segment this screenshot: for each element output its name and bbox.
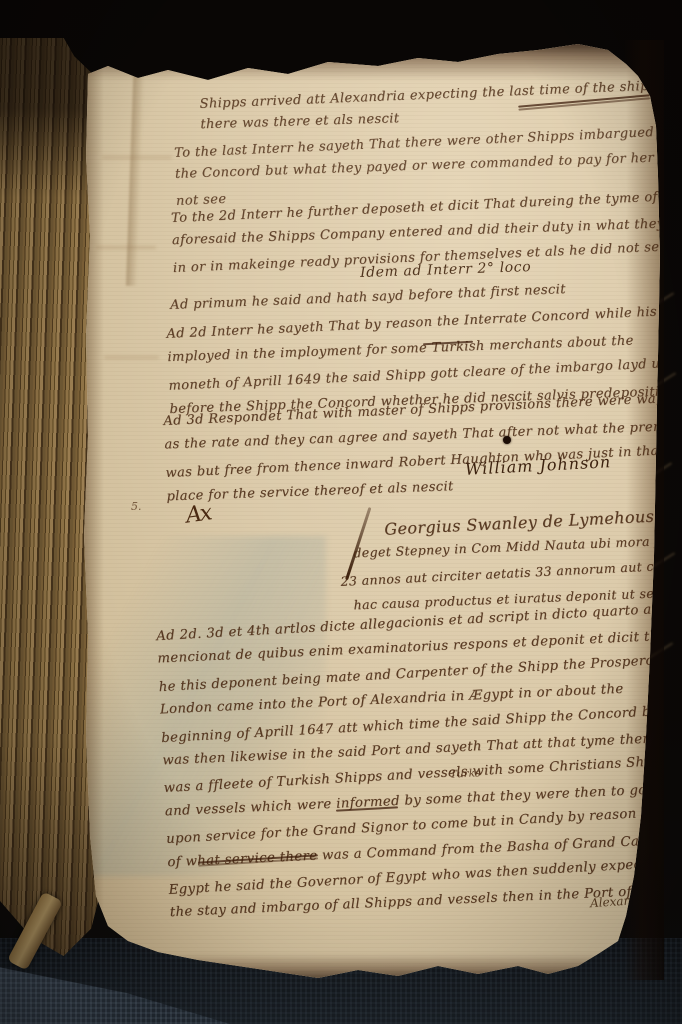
ink-showthrough (104, 356, 159, 359)
ink-blot (503, 436, 511, 444)
margin-number: 5. (131, 500, 142, 513)
manuscript-photo: Shipps arrived att Alexandria expecting … (0, 0, 682, 1024)
margin-flourish: Ax (184, 500, 212, 528)
paragraph-7: Ad 2d. 3d et 4th artlos dicte allegacion… (156, 601, 682, 932)
ink-showthrough (102, 156, 172, 159)
interlinear-insertion: Turks (450, 767, 481, 781)
burned-top-edge (78, 36, 666, 80)
ink-showthrough (96, 246, 156, 249)
manuscript-page: Shipps arrived att Alexandria expecting … (78, 36, 666, 988)
